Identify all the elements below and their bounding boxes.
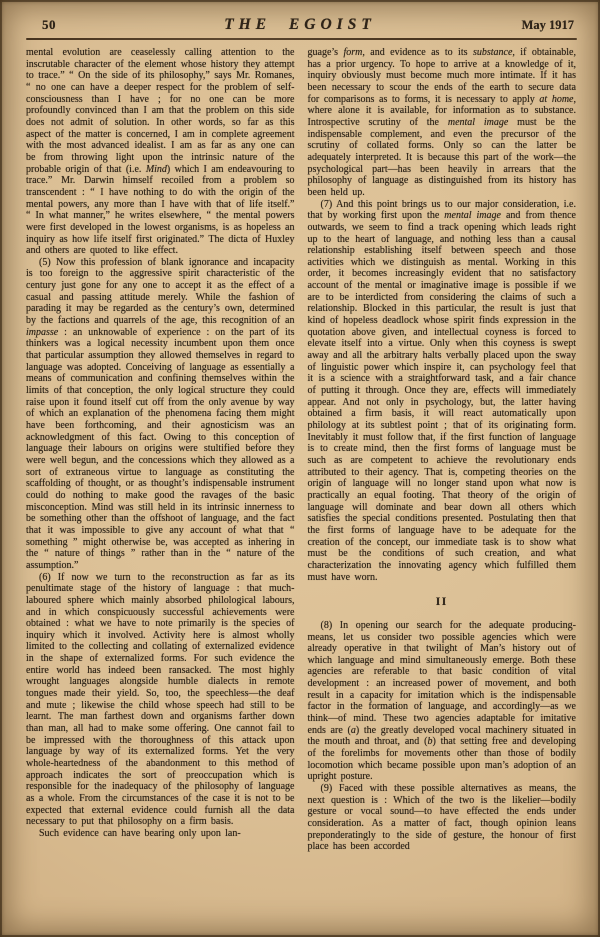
paragraph: mental evolution are ceaselessly calling… — [26, 47, 295, 257]
section-heading: II — [308, 597, 577, 609]
paragraph: (7) And this point brings us to our majo… — [308, 199, 577, 584]
left-column: mental evolution are ceaselessly calling… — [26, 47, 295, 920]
right-column: guage’s form, and evidence as to its sub… — [308, 47, 577, 920]
paragraph: guage’s form, and evidence as to its sub… — [308, 47, 577, 199]
page-header: 50 THE EGOIST May 1917 — [0, 0, 600, 34]
paragraph: (8) In opening our search for the adequa… — [308, 620, 577, 783]
paragraph: (9) Faced with these possible alternativ… — [308, 783, 577, 853]
issue-date: May 1917 — [484, 18, 574, 33]
paragraph: Such evidence can have bearing only upon… — [26, 828, 295, 840]
paragraph: (6) If now we turn to the reconstruction… — [26, 572, 295, 828]
paragraph: (5) Now this profession of blank ignoran… — [26, 257, 295, 572]
magazine-page-scan: 50 THE EGOIST May 1917 mental evolution … — [0, 0, 600, 937]
article-body: mental evolution are ceaselessly calling… — [0, 40, 600, 920]
page-title: THE EGOIST — [116, 16, 484, 34]
page-number: 50 — [26, 17, 116, 33]
